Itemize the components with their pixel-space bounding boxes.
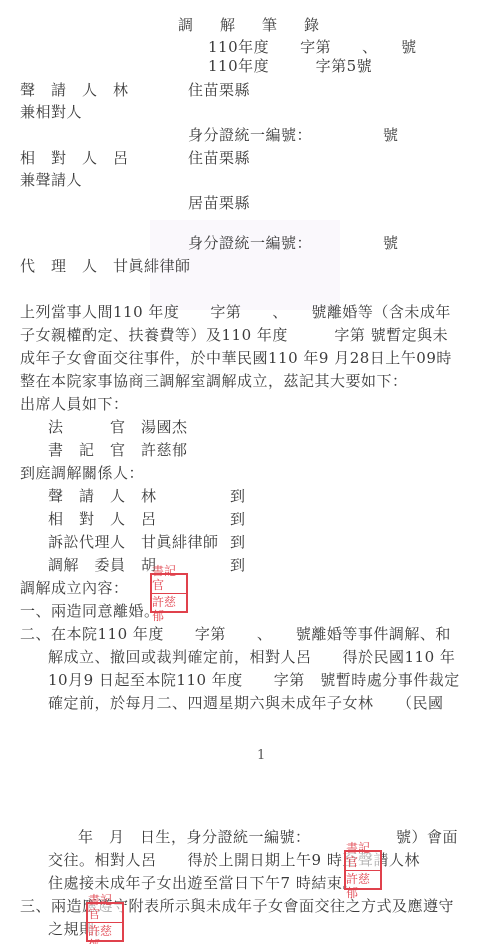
applicant-label: 聲 請 人 林 [20, 81, 129, 99]
page-number: 1 [257, 748, 265, 763]
attendee-name: 相 對 人 呂 [48, 510, 157, 528]
attendee-name: 聲 請 人 林 [48, 487, 157, 505]
seal-bottom-text: 許慈郁 [346, 872, 380, 900]
parties-heading: 到庭調解關係人： [20, 464, 144, 482]
respondent-also-label: 兼聲請人 [20, 171, 82, 189]
clerk-seal-stamp: 書記官 許慈郁 [344, 850, 382, 890]
attendee-status: 到 [230, 487, 246, 505]
item-2-line: 二、在本院110 年度 字第 、 號離婚等事件調解、和 [20, 625, 451, 643]
seal-divider [152, 593, 186, 594]
clerk-line: 書 記 官 許慈郁 [48, 441, 188, 459]
content-heading: 調解成立內容： [20, 579, 129, 597]
paragraph-line: 子女親權酌定、扶養費等）及110 年度 字第 號暫定與未 [20, 326, 448, 344]
judge-line: 法 官 湯國杰 [48, 418, 188, 436]
page2-line: 住處接未成年子女出遊至當日下午7 時結束。 [48, 874, 358, 892]
agent-label: 代 理 人 甘眞緋律師 [20, 257, 191, 275]
item-1: 一、兩造同意離婚。 [20, 602, 160, 620]
paragraph-line: 整在本院家事協商三調解室調解成立，茲記其大要如下： [20, 372, 408, 390]
item-2-line: 解成立、撤回或裁判確定前，相對人呂 得於民國110 年 [48, 648, 455, 666]
paragraph-line: 上列當事人間110 年度 字第 、 號離婚等（含未成年 [20, 303, 451, 321]
attendee-status: 到 [230, 556, 246, 574]
case-number-1: 110年度 字第 、 號 [208, 38, 417, 56]
seal-divider [346, 870, 380, 871]
attendees-heading: 出席人員如下： [20, 395, 129, 413]
attendee-name: 訴訟代理人 甘眞緋律師 [48, 533, 219, 551]
respondent-residence: 居苗栗縣 [188, 194, 250, 212]
item-2-line: 10月9 日起至本院110 年度 字第 號暫時處分事件裁定 [48, 671, 460, 689]
clerk-seal-stamp: 書記官 許慈郁 [150, 573, 188, 613]
applicant-also-label: 兼相對人 [20, 103, 82, 121]
id-label-2: 身分證統一編號： [188, 234, 312, 252]
id-suffix-1: 號 [383, 126, 399, 144]
respondent-address: 住苗栗縣 [188, 149, 250, 167]
id-label-1: 身分證統一編號： [188, 126, 312, 144]
seal-top-text: 書記官 [346, 841, 380, 869]
clerk-seal-stamp: 書記官 許慈郁 [86, 902, 124, 942]
seal-top-text: 書記官 [152, 564, 186, 592]
paragraph-line: 成年子女會面交往事件，於中華民國110 年9 月28日上午09時 [20, 349, 452, 367]
case-number-2: 110年度 字第5號 [208, 57, 372, 75]
document-title: 調 解 筆 錄 [178, 16, 325, 34]
respondent-label: 相 對 人 呂 [20, 149, 129, 167]
attendee-status: 到 [230, 533, 246, 551]
seal-top-text: 書記官 [88, 893, 122, 921]
attendee-status: 到 [230, 510, 246, 528]
applicant-address: 住苗栗縣 [188, 81, 250, 99]
item-2-line: 確定前，於每月二、四週星期六與未成年子女林 （民國 [48, 694, 444, 712]
page2-line: 年 月 日生，身分證統一編號： 號）會面 [78, 828, 458, 846]
id-suffix-2: 號 [383, 234, 399, 252]
attendee-name: 調解 委員 胡 [48, 556, 157, 574]
seal-bottom-text: 許慈郁 [152, 595, 186, 623]
seal-bottom-text: 許慈郁 [88, 924, 122, 944]
seal-divider [88, 922, 122, 923]
